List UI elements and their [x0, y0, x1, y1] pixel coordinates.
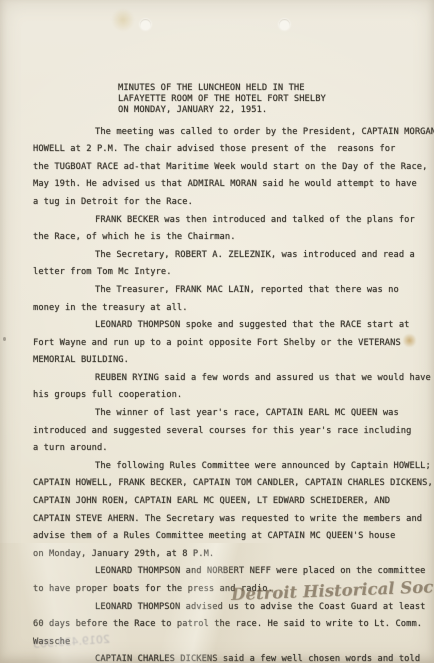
body-line: The following Rules Committee were annou…: [33, 458, 433, 476]
body-line: LEONARD THOMPSON and NORBERT NEFF were p…: [33, 563, 433, 581]
body-line: advise them of a Rules Committee meeting…: [33, 528, 433, 546]
paper-speck: [3, 337, 6, 341]
body-line: May 19th. He advised us that ADMIRAL MOR…: [33, 176, 433, 194]
body-line: Wassche: [33, 634, 433, 652]
body-line: Fort Wayne and run up to a point opposit…: [33, 335, 433, 353]
body-line: LEONARD THOMPSON advised us to advise th…: [33, 599, 433, 617]
body-line: CAPTAIN HOWELL, FRANK BECKER, CAPTAIN TO…: [33, 475, 433, 493]
body-line: the TUGBOAT RACE ad-that Maritime Week w…: [33, 159, 433, 177]
paper-stain-top: [112, 8, 134, 32]
body-line: The Treasurer, FRANK MAC LAIN, reported …: [33, 282, 433, 300]
body-line: LEONARD THOMPSON spoke and suggested tha…: [33, 317, 433, 335]
body-line: introduced and suggested several courses…: [33, 423, 433, 441]
body-line: CAPTAIN STEVE AHERN. The Secretary was r…: [33, 511, 433, 529]
body-line: money in the treasury at all.: [33, 300, 433, 318]
body-line: FRANK BECKER was then introduced and tal…: [33, 212, 433, 230]
title-line: LAFAYETTE ROOM OF THE HOTEL FORT SHELBY: [118, 94, 433, 105]
body-line: The winner of last year's race, CAPTAIN …: [33, 405, 433, 423]
body-line: the Race, of which he is the Chairman.: [33, 229, 433, 247]
body-line: 60 days before the Race to patrol the ra…: [33, 616, 433, 634]
body-line: The Secretary, ROBERT A. ZELEZNIK, was i…: [33, 247, 433, 265]
body-line: on Monday, January 29th, at 8 P.M.: [33, 546, 433, 564]
typewritten-text: MINUTES OF THE LUNCHEON HELD IN THELAFAY…: [33, 83, 433, 663]
body-line: REUBEN RYING said a few words and assure…: [33, 370, 433, 388]
body-line: to have proper boats for the press and r…: [33, 581, 433, 599]
scanned-document-page: MINUTES OF THE LUNCHEON HELD IN THELAFAY…: [0, 0, 434, 663]
title-line: MINUTES OF THE LUNCHEON HELD IN THE: [118, 83, 433, 94]
body-line: letter from Tom Mc Intyre.: [33, 264, 433, 282]
body-line: The meeting was called to order by the P…: [33, 124, 433, 142]
body-line: CAPTAIN JOHN ROEN, CAPTAIN EARL MC QUEEN…: [33, 493, 433, 511]
document-title-block: MINUTES OF THE LUNCHEON HELD IN THELAFAY…: [118, 83, 433, 117]
body-line: CAPTAIN CHARLES DICKENS said a few well …: [33, 651, 433, 663]
body-line: MEMORIAL BUILDING.: [33, 352, 433, 370]
body-line: a tug in Detroit for the Race.: [33, 194, 433, 212]
punch-hole-right: [279, 19, 290, 30]
body-line: a turn around.: [33, 440, 433, 458]
body-line: HOWELL at 2 P.M. The chair advised those…: [33, 141, 433, 159]
body-line: his groups full cooperation.: [33, 387, 433, 405]
title-line: ON MONDAY, JANUARY 22, 1951.: [118, 105, 433, 116]
document-body: The meeting was called to order by the P…: [33, 124, 433, 663]
punch-hole-left: [140, 19, 151, 30]
